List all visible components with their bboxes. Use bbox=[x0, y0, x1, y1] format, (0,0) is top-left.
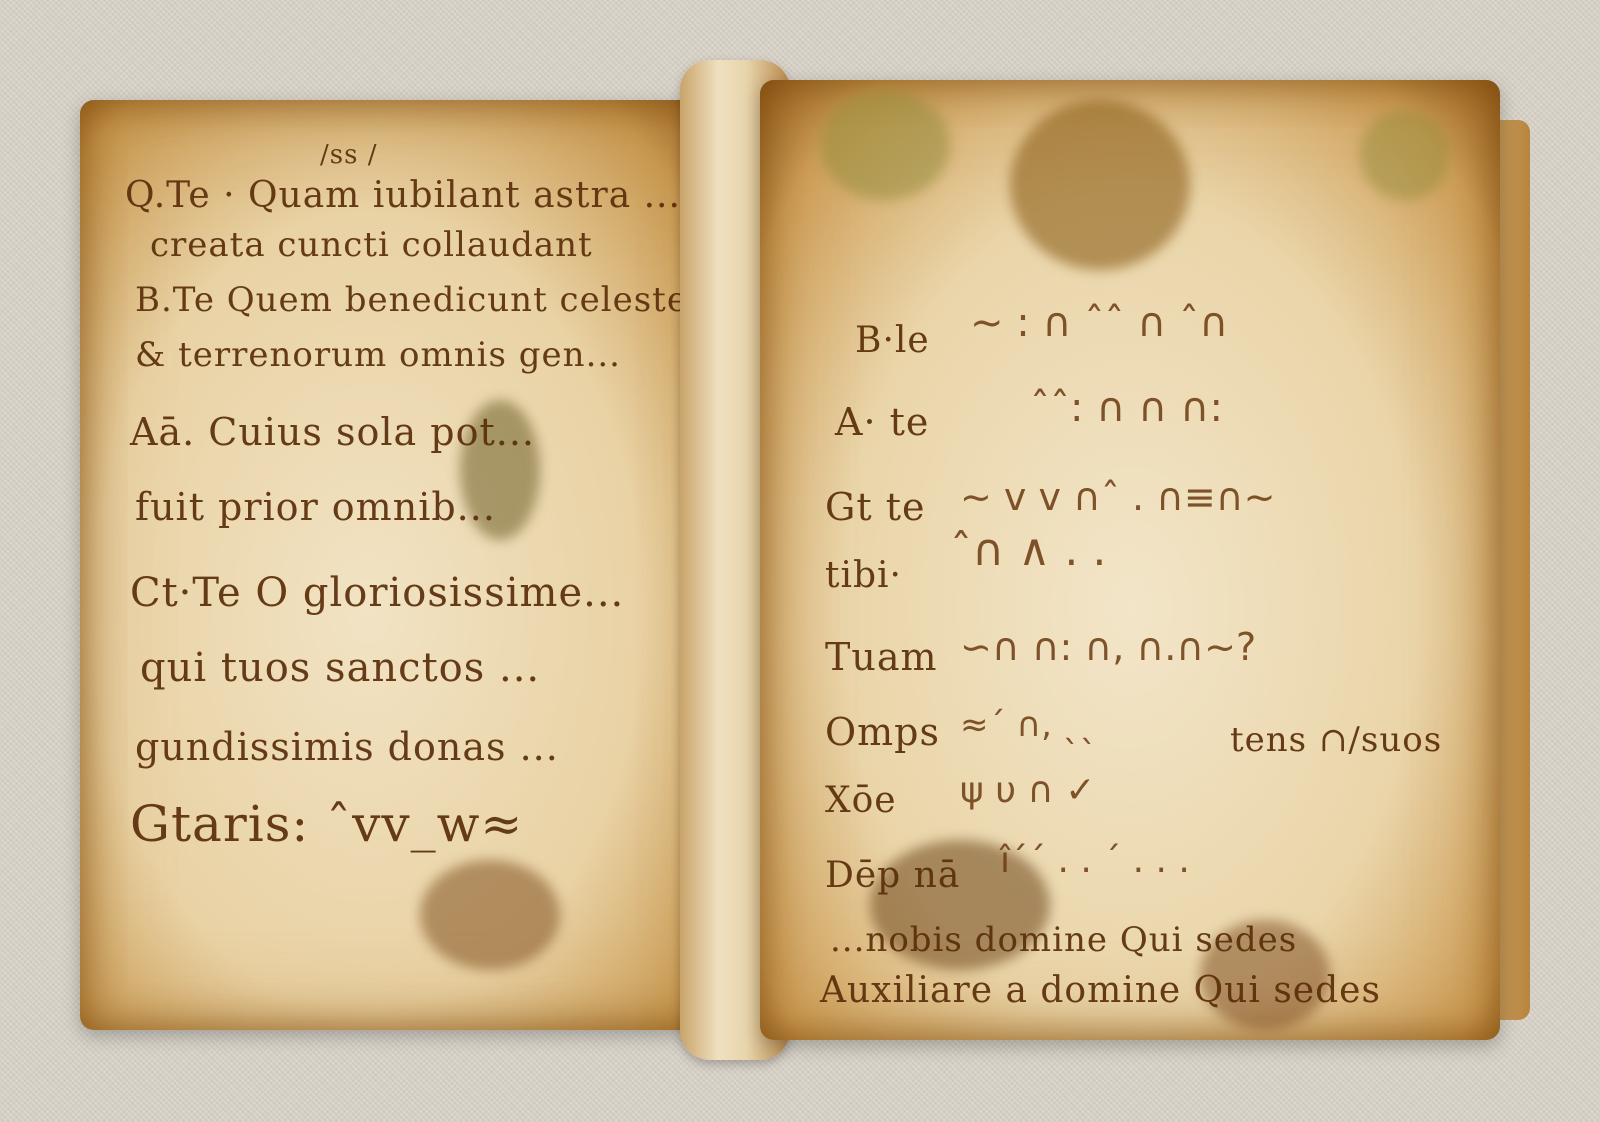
text-line-label: A· te bbox=[835, 400, 929, 444]
neume-notation: îˊˊ . . ˊ . . . bbox=[1000, 840, 1190, 881]
text-line: Aā. Cuius sola pot... bbox=[130, 410, 535, 454]
text-line: & terrenorum omnis gen... bbox=[135, 335, 621, 375]
neume-notation: ˆˆ: ∩ ∩ ∩: bbox=[1030, 385, 1223, 431]
neume-notation: ˆ∩ ∧ . . bbox=[950, 525, 1106, 576]
text-line: fuit prior omnib... bbox=[135, 485, 496, 529]
neume-notation: ∽∩ ∩: ∩, ∩.∩~? bbox=[960, 625, 1256, 669]
text-line: tens ∩/suos bbox=[1230, 720, 1442, 760]
top-mark: /ss / bbox=[320, 140, 377, 170]
text-line: B.Te Quem benedicunt celestes bbox=[135, 280, 706, 320]
text-line-label: Xōe bbox=[825, 780, 897, 821]
text-line: ...nobis domine Qui sedes bbox=[830, 920, 1297, 960]
text-line: Gtaris: ˆvv_w≈ bbox=[130, 795, 523, 853]
right-page: B·le ~ : ∩ ˆˆ ∩ ˆ∩ A· te ˆˆ: ∩ ∩ ∩: Gt t… bbox=[760, 80, 1500, 1040]
neume-notation: ~ v v ∩ˆ . ∩≡∩~ bbox=[960, 475, 1275, 519]
text-line: gundissimis donas ... bbox=[135, 725, 559, 769]
text-line: Auxiliare a domine Qui sedes bbox=[820, 970, 1381, 1011]
text-line-label: Dēp nā bbox=[825, 855, 960, 896]
stain bbox=[420, 860, 560, 970]
neume-notation: ~ : ∩ ˆˆ ∩ ˆ∩ bbox=[970, 300, 1228, 346]
text-line: qui tuos sanctos ... bbox=[140, 645, 540, 691]
text-line-label: Omps bbox=[825, 710, 940, 754]
text-line: Ct·Te O gloriosissime... bbox=[130, 570, 624, 616]
neume-notation: ≈ˊ ∩, ˎˎ bbox=[960, 705, 1097, 745]
stain bbox=[1360, 110, 1450, 200]
text-line-label: tibi· bbox=[825, 555, 902, 596]
stain bbox=[820, 90, 950, 200]
neume-notation: ψ υ ∩ ✓ bbox=[960, 770, 1095, 811]
text-line-label: B·le bbox=[855, 320, 930, 361]
text-line: creata cuncti collaudant bbox=[150, 225, 593, 265]
text-line-label: Gt te bbox=[825, 485, 925, 529]
text-line: Q.Te · Quam iubilant astra ... bbox=[125, 175, 681, 216]
stain bbox=[1010, 100, 1190, 270]
left-page: /ss / Q.Te · Quam iubilant astra ... cre… bbox=[80, 100, 720, 1030]
text-line-label: Tuam bbox=[825, 635, 938, 679]
manuscript-book: /ss / Q.Te · Quam iubilant astra ... cre… bbox=[70, 50, 1530, 1060]
